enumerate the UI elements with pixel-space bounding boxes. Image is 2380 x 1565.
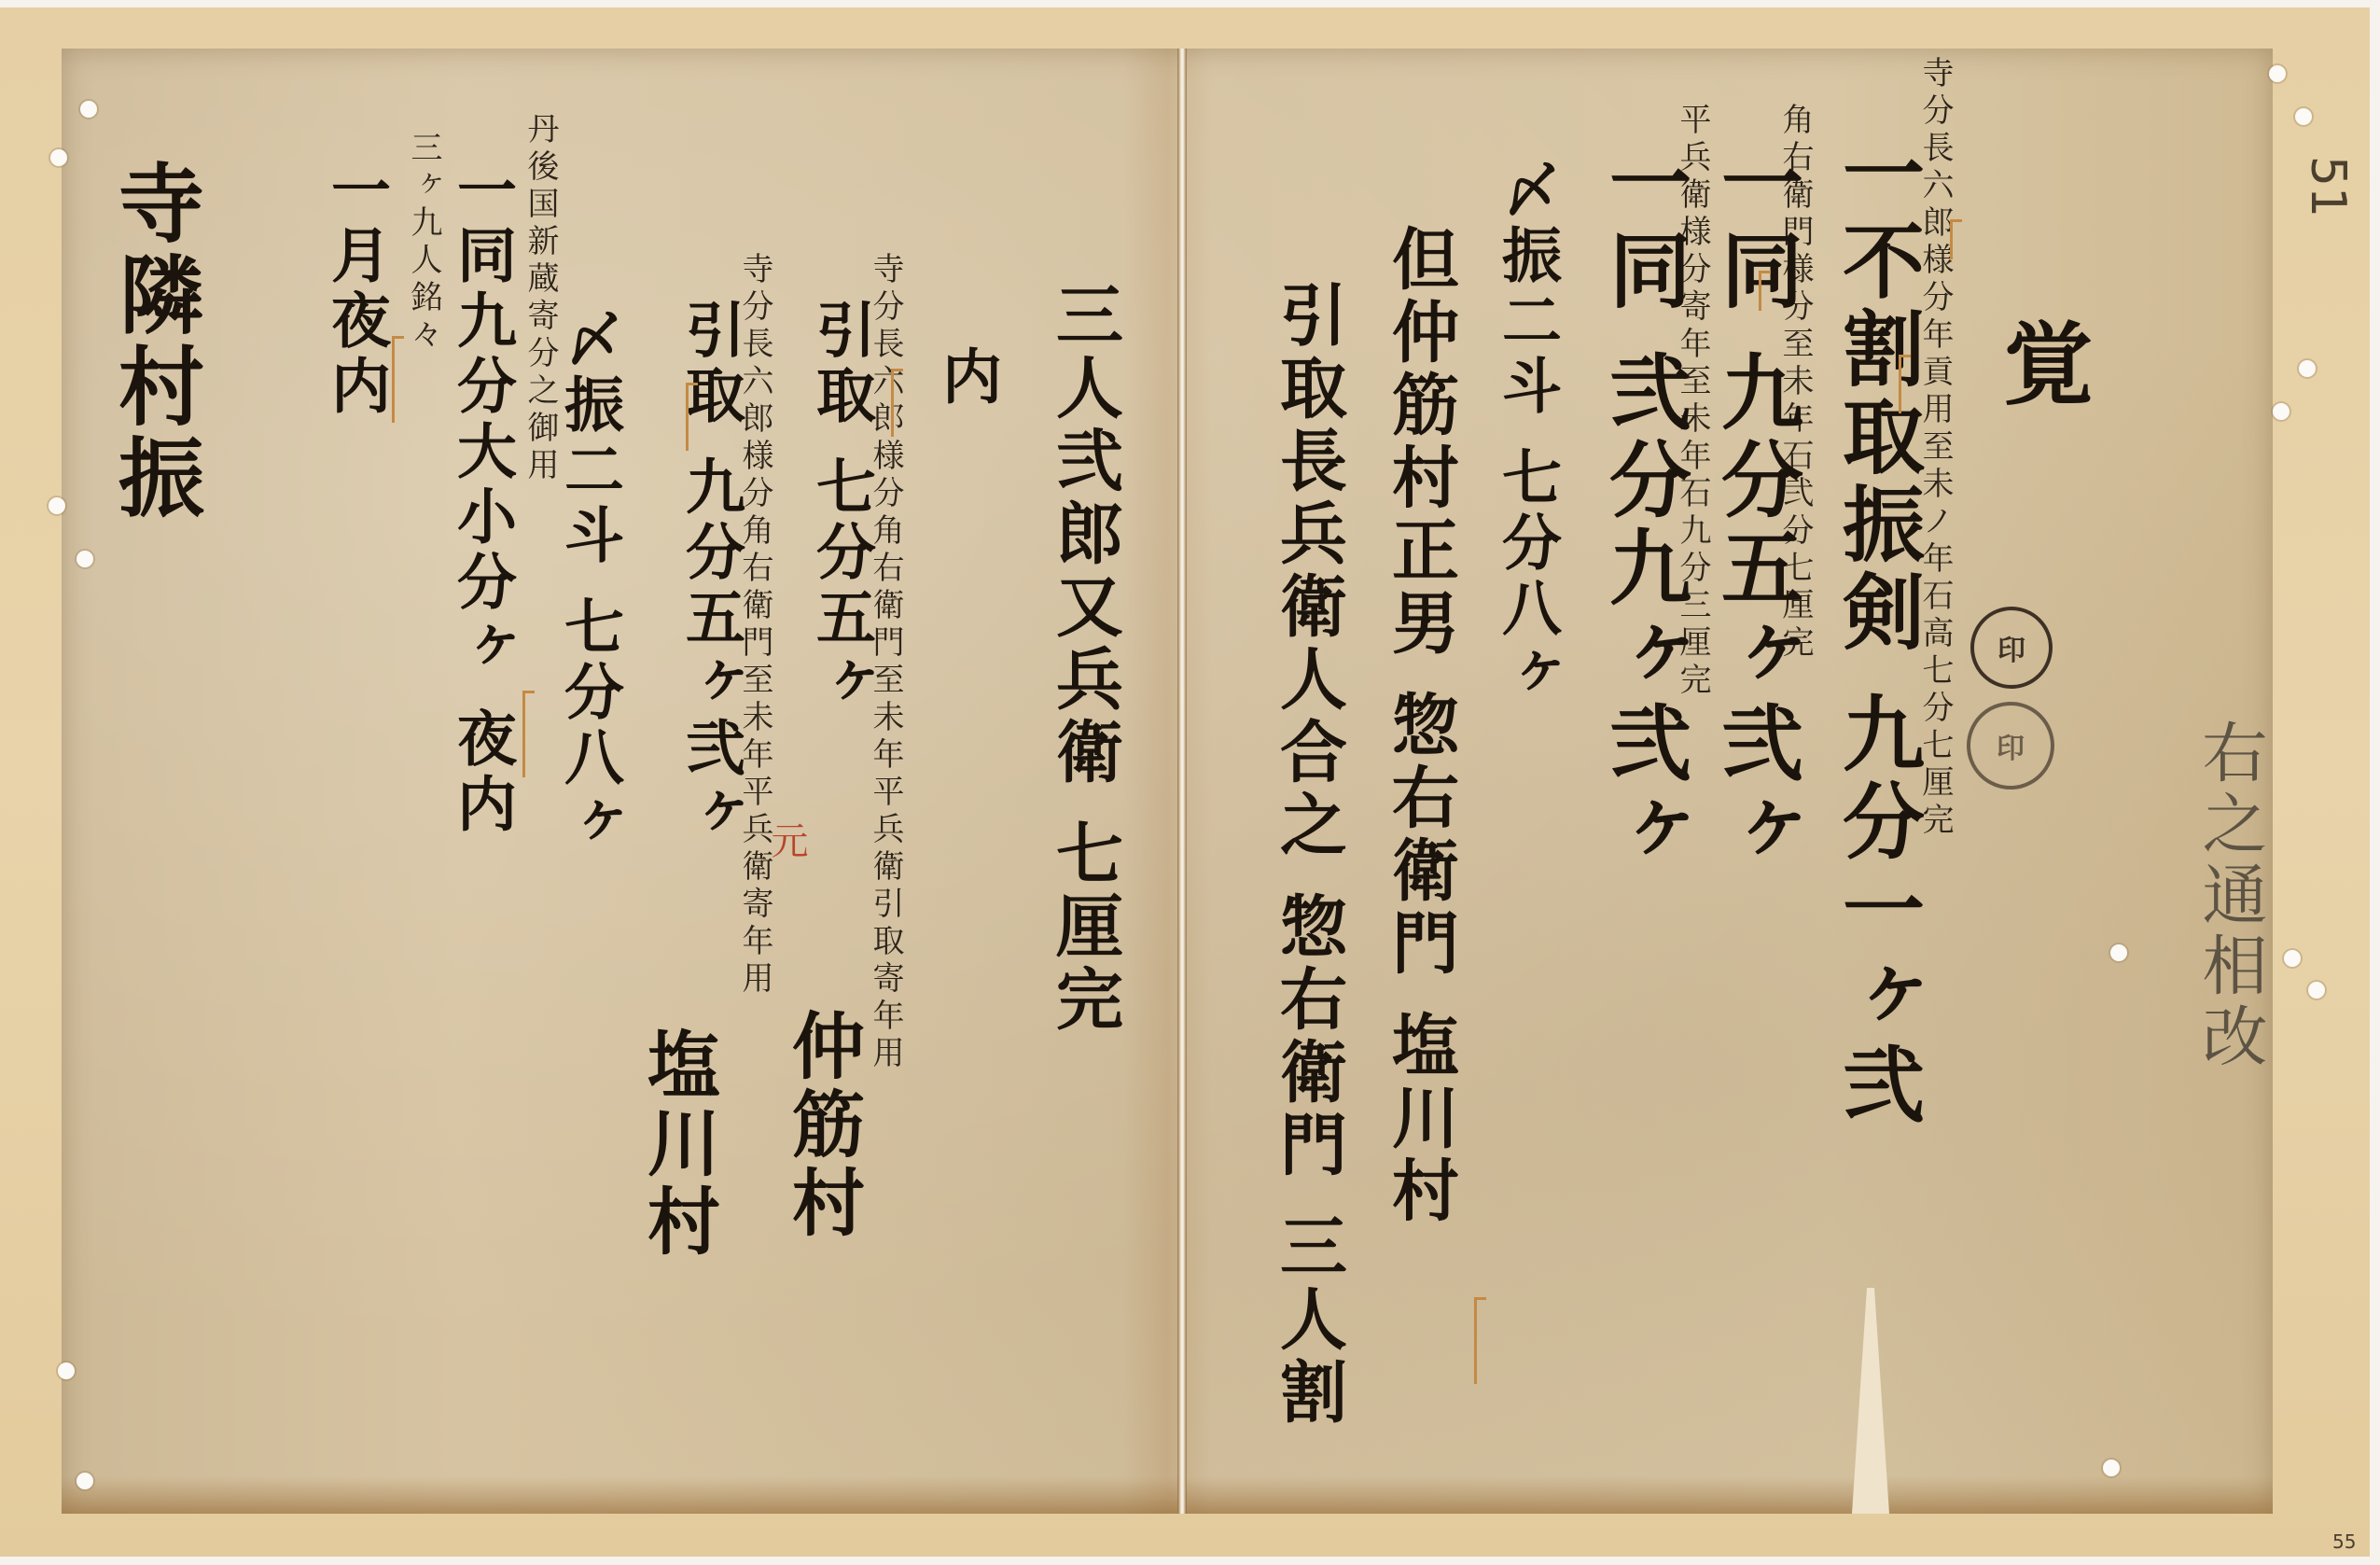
binding-hole bbox=[58, 1362, 75, 1379]
entry-villages: 但仲筋村正男 惣右衛門 塩川村 bbox=[1371, 224, 1468, 1228]
binding-hole bbox=[2273, 403, 2290, 420]
entry-main: 引取 七分五ヶ bbox=[798, 299, 884, 717]
entry-main: 一同九分大小分ヶ 夜内 bbox=[438, 159, 524, 838]
sender-village: 寺隣村振 bbox=[93, 159, 216, 524]
binding-hole bbox=[2308, 982, 2325, 999]
entry-main: 一月夜内 bbox=[313, 159, 398, 420]
check-mark bbox=[686, 383, 698, 451]
binding-hole bbox=[50, 149, 67, 166]
binding-hole bbox=[2103, 1460, 2120, 1476]
binding-hole bbox=[49, 497, 65, 514]
entry-villages: 引取長兵衛人合之 惣右衛門 三人割 bbox=[1260, 280, 1357, 1430]
margin-faint-text: 右之通相改 bbox=[2183, 719, 2277, 1073]
entry-note: 三ヶ九人銘々 bbox=[401, 131, 447, 355]
page-number: 55 bbox=[2332, 1530, 2356, 1553]
check-mark bbox=[1759, 271, 1771, 311]
binding-hole bbox=[2269, 65, 2286, 82]
check-mark bbox=[1474, 1297, 1486, 1384]
binding-hole bbox=[77, 551, 93, 567]
archive-number: 51 bbox=[2300, 156, 2356, 217]
entry-village: 塩川村 bbox=[625, 1027, 730, 1262]
seal-stamp: 印 bbox=[1970, 607, 2053, 689]
entry-main: 三人弐郎又兵衛 七厘完 bbox=[1036, 280, 1133, 1037]
binding-hole bbox=[2299, 360, 2316, 377]
check-mark bbox=[1899, 355, 1911, 413]
check-mark bbox=[891, 369, 903, 437]
entry-main: 引取 九分五ヶ弐ヶ bbox=[667, 299, 753, 847]
entry-total: 〆振二斗 七分八ヶ bbox=[1483, 159, 1569, 707]
center-fold bbox=[1177, 49, 1187, 1514]
binding-hole bbox=[80, 101, 97, 118]
check-mark bbox=[522, 691, 535, 777]
binding-hole bbox=[77, 1473, 93, 1489]
entry-main: 内 bbox=[924, 345, 1009, 411]
binding-hole bbox=[2295, 108, 2312, 125]
heading-oboe: 覚 bbox=[1978, 317, 2106, 412]
seal-stamp: 印 bbox=[1967, 702, 2054, 789]
entry-main: 一同 弐分九ヶ弐ヶ bbox=[1586, 140, 1704, 876]
check-mark bbox=[1950, 219, 1962, 259]
binding-hole bbox=[2284, 950, 2301, 967]
entry-main: 一不割取振剣 九分一ヶ弐 bbox=[1819, 131, 1937, 1130]
check-mark bbox=[392, 336, 404, 423]
entry-note: 丹後国新蔵寄分之御用 bbox=[518, 112, 564, 485]
entry-village: 仲筋村 bbox=[770, 1008, 874, 1243]
red-annotation: 元 bbox=[760, 821, 814, 864]
binding-hole bbox=[2110, 944, 2127, 961]
